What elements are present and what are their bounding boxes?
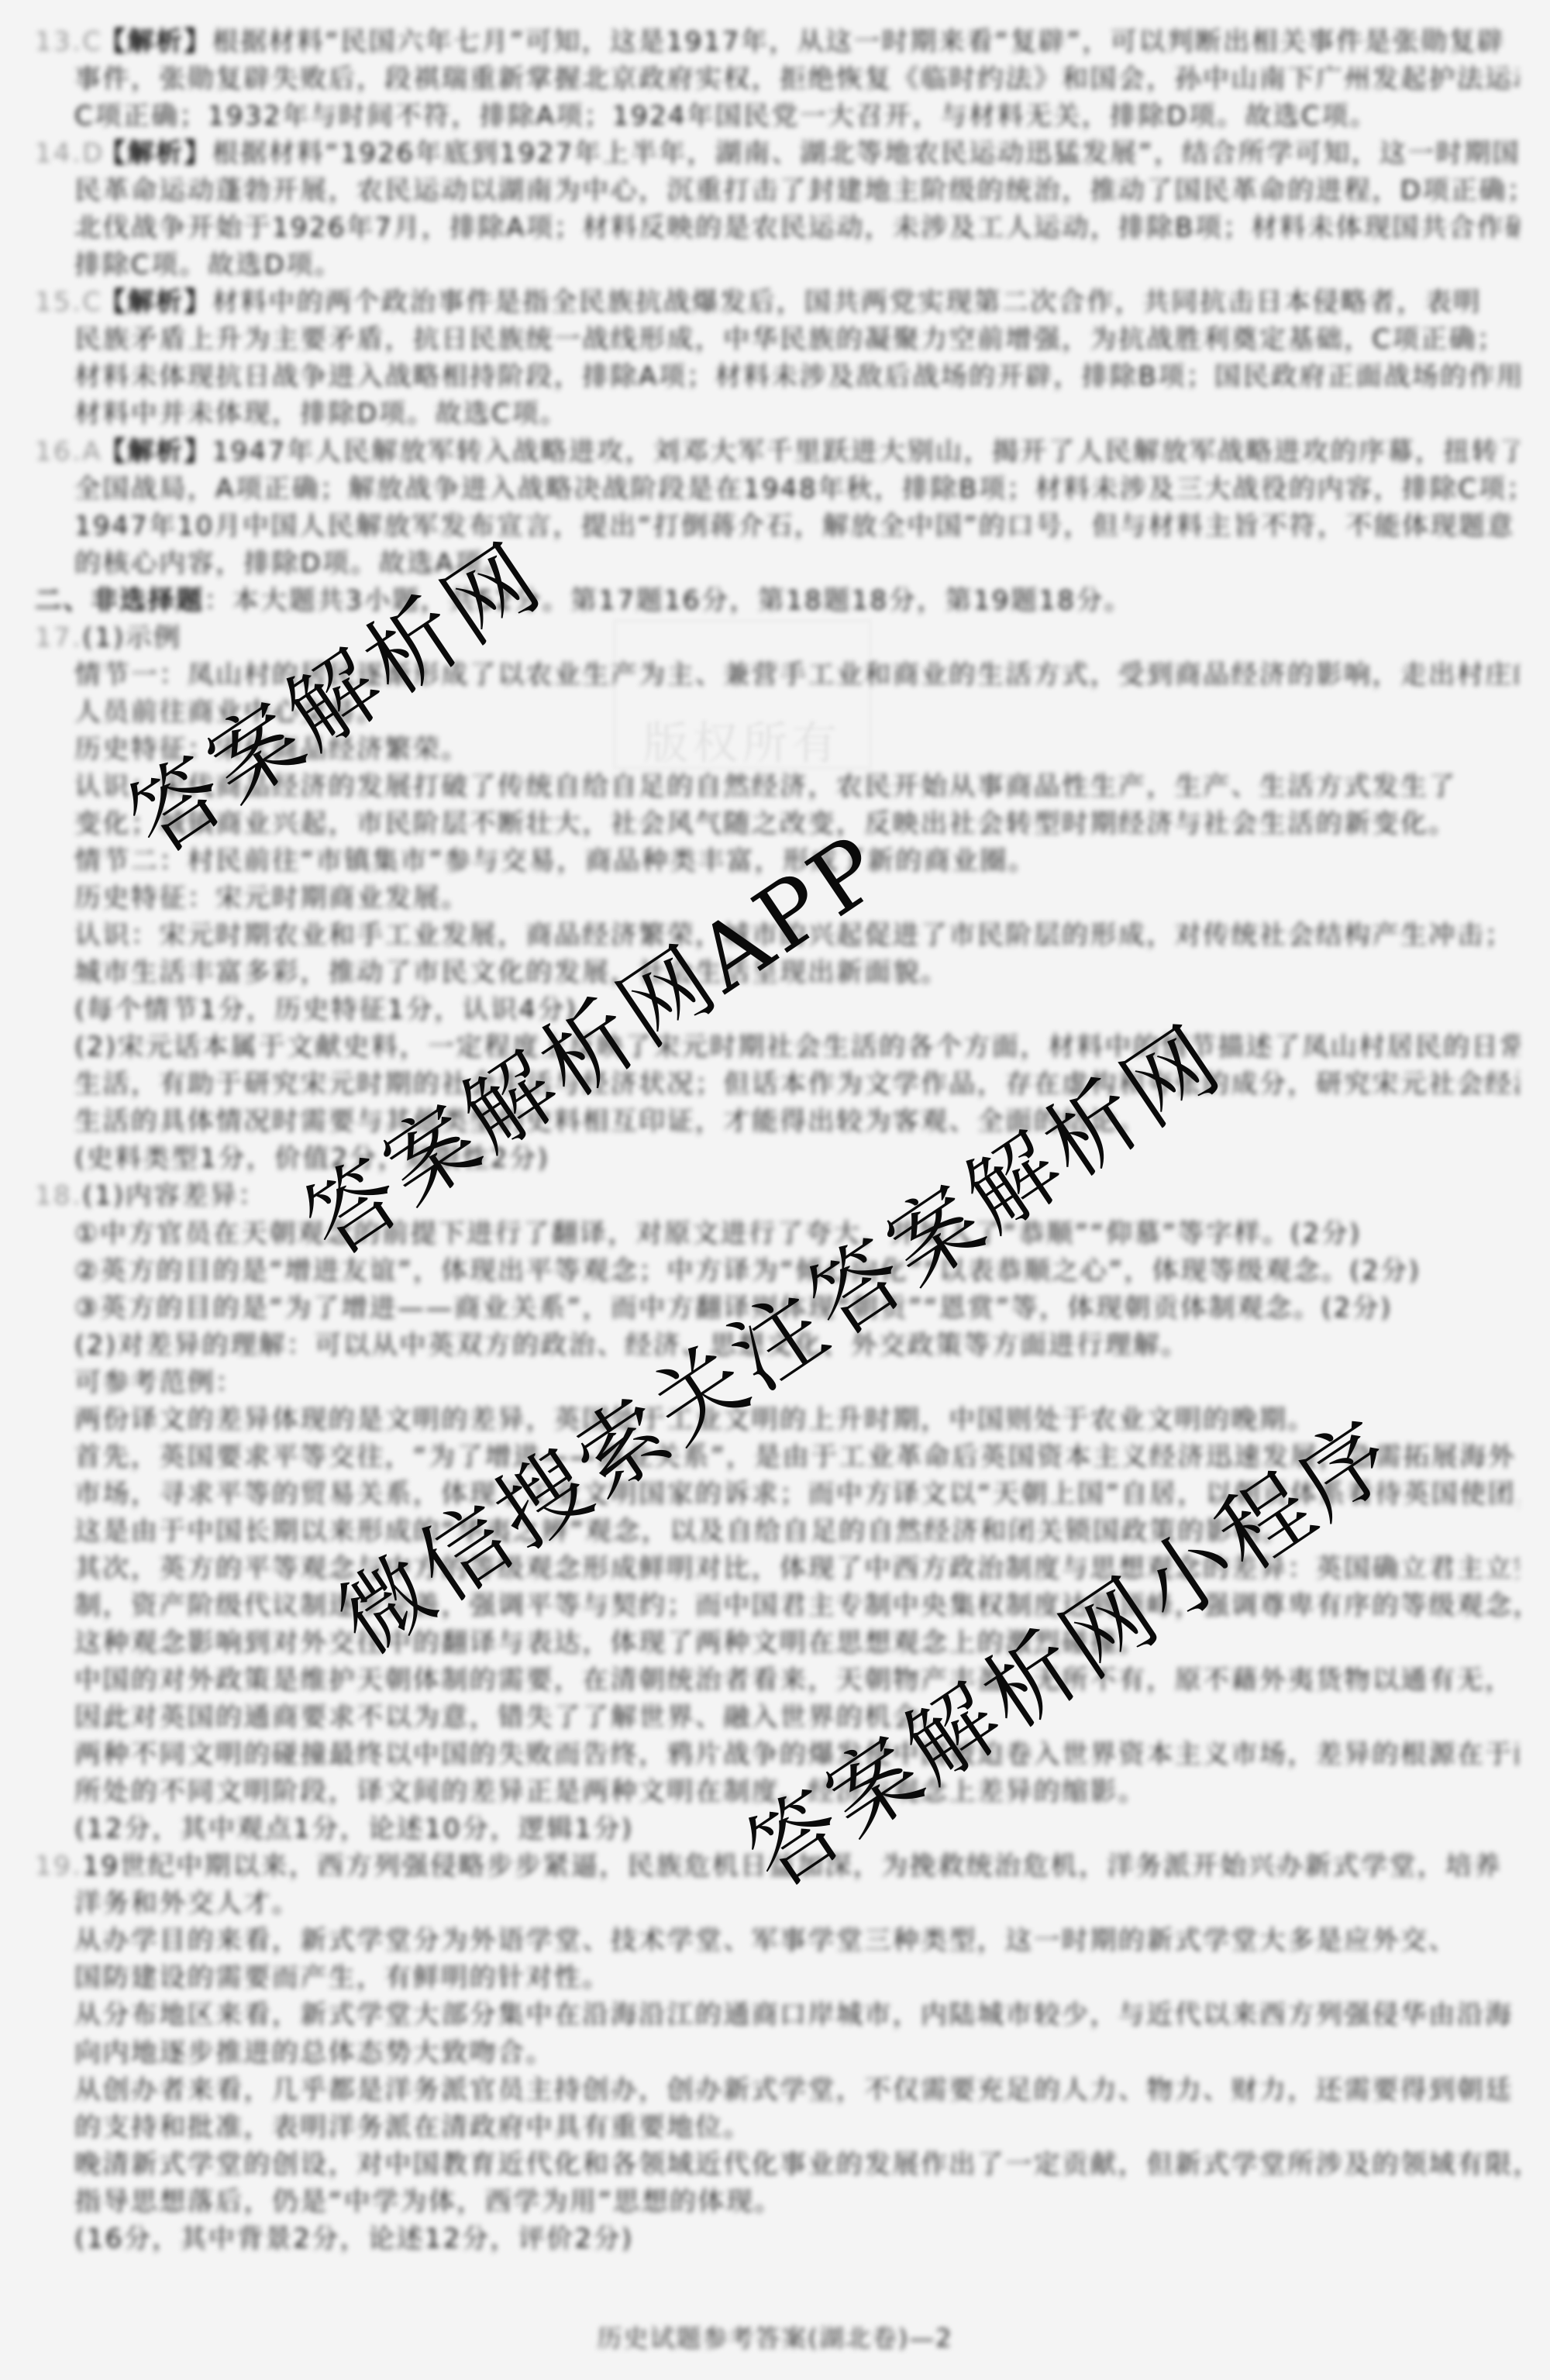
answer-text-line: (2)宋元话本属于文献史料，一定程度上反映了宋元时期社会生活的各个方面，材料中的… [0, 1028, 1519, 1066]
analysis-text-line: 材料未体现抗日战争进入战略相持阶段，排除A项；材料未涉及敌后战场的开辟，排除B项… [0, 358, 1519, 395]
analysis-tag: 【解析】 [99, 436, 212, 467]
page-footer: 历史试题参考答案(湖北卷)—2 [0, 2321, 1550, 2355]
question-number: 19. [35, 1848, 82, 1885]
section-label: 二、非选择题 [35, 585, 204, 616]
question-number: 14.D [35, 135, 99, 172]
section-description: ：本大题共3小题，共52分。第17题16分，第18题18分，第19题18分。 [204, 585, 1132, 616]
question-15-line: 15.C【解析】材料中的两个政治事件是指全民族抗战爆发后，国共两党实现第二次合作… [0, 284, 1519, 321]
question-14-line: 14.D【解析】根据材料“1926年底到1927年上半年，湖南、湖北等地农民运动… [0, 135, 1519, 172]
analysis-text-line: 材料中并未体现，排除D项。故选C项。 [0, 395, 1519, 432]
answer-text-line: 从创办者来看，几乎都是洋务派官员主持创办，创办新式学堂，不仅需要充足的人力、物力… [0, 2072, 1519, 2109]
sub-question-label: (1)示例 [82, 622, 181, 653]
answer-text-line: 国防建设的需要而产生，有鲜明的针对性。 [0, 1959, 1519, 1996]
analysis-text-line: C项正确；1932年与时间不符，排除A项；1924年国民党一大召开，与材料无关，… [0, 98, 1519, 135]
analysis-text: 根据材料“1926年底到1927年上半年，湖南、湖北等地农民运动迅猛发展”，结合… [212, 138, 1519, 169]
answer-text-line: ①中方官员在天朝观念的前提下进行了翻译，对原文进行了夸大，并加入了“恭顺”“仰慕… [0, 1215, 1519, 1252]
answer-text-line: 从分布地区来看，新式学堂大部分集中在沿海沿江的通商口岸城市，内陆城市较少，与近代… [0, 1996, 1519, 2034]
analysis-text-line: 北伐战争开始于1926年7月，排除A项；材料反映的是农民运动，未涉及工人运动，排… [0, 209, 1519, 246]
analysis-text: 1947年人民解放军转入战略进攻，刘邓大军千里跃进大别山，揭开了人民解放军战略进… [212, 436, 1519, 467]
question-18-line: 18.(1)内容差异： [0, 1177, 1519, 1214]
answer-text-line: 两种不同文明的碰撞最终以中国的失败而告终，鸦片战争的爆发使中国被迫卷入世界资本主… [0, 1736, 1519, 1773]
answer-text-line: 中国的对外政策是维护天朝体制的需要，在清朝统治者看来，天朝物产丰盈，无所不有，原… [0, 1662, 1519, 1699]
answer-text-line: 洋务和外交人才。 [0, 1885, 1519, 1922]
question-number: 16.A [35, 433, 99, 470]
answer-text-line: 向内地逐步推进的总体态势大致吻合。 [0, 2034, 1519, 2072]
analysis-text-line: 1947年10月中国人民解放军发布宣言，提出“打倒蒋介石，解放全中国”的口号，但… [0, 508, 1519, 545]
analysis-text-line: 的核心内容，排除D项。故选A项。 [0, 545, 1519, 582]
analysis-text-line: 排除C项。故选D项。 [0, 246, 1519, 284]
scoring-note: (史料类型1分，价值2分，局限性2分) [0, 1140, 1519, 1177]
question-number: 18. [35, 1177, 82, 1214]
analysis-text: 根据材料“民国六年七月”可知，这是1917年，从这一时期来看“复辟”，可以判断出… [212, 26, 1506, 57]
answer-text-line: 这种观念影响到对外交往中的翻译与表达，体现了两种文明在思想观念上的激烈碰撞。 [0, 1624, 1519, 1662]
answer-text-line: 晚清新式学堂的创设，对中国教育近代化和各领域近代化事业的发展作出了一定贡献，但新… [0, 2146, 1519, 2183]
question-17-line: 17.(1)示例 [0, 619, 1519, 656]
answer-text-line: 指导思想落后，仍是“中学为体，西学为用”思想的体现。 [0, 2183, 1519, 2220]
answer-text-line: ②英方的目的是“增进友谊”，体现出平等观念；中方译为“倾心向化”“以表恭顺之心”… [0, 1252, 1519, 1290]
analysis-text-line: 民族矛盾上升为主要矛盾，抗日民族统一战线形成，中华民族的凝聚力空前增强，为抗战胜… [0, 321, 1519, 358]
analysis-text-line: 事件，张勋复辟失败后，段祺瑞重新掌握北京政府实权，拒绝恢复《临时约法》和国会，孙… [0, 60, 1519, 98]
question-number: 17. [35, 619, 82, 656]
answer-text-line: 情节一：凤山村的居民逐渐形成了以农业生产为主、兼营手工业和商业的生活方式，受到商… [0, 656, 1519, 694]
answer-text-line: 制，资产阶级代议制逐步完善，强调平等与契约；而中国君主专制中央集权制度达到顶峰，… [0, 1587, 1519, 1624]
analysis-tag: 【解析】 [99, 287, 212, 318]
scoring-note: (16分，其中背景2分，论述12分，评价2分) [0, 2220, 1519, 2258]
question-13-line: 13.C【解析】根据材料“民国六年七月”可知，这是1917年，从这一时期来看“复… [0, 23, 1519, 60]
answer-text-line: 从办学目的来看，新式学堂分为外语学堂、技术学堂、军事学堂三种类型，这一时期的新式… [0, 1922, 1519, 1959]
analysis-text-line: 全国战局，A项正确；解放战争进入战略决战阶段是在1948年秋，排除B项；材料未涉… [0, 470, 1519, 508]
analysis-text-line: 民革命运动蓬勃开展，农民运动以湖南为中心，沉重打击了封建地主阶级的统治，推动了国… [0, 172, 1519, 209]
question-number: 15.C [35, 284, 99, 321]
answer-text-line: 生活，有助于研究宋元时期的社会生活与经济状况；但话本作为文学作品，存在虚构和夸张… [0, 1066, 1519, 1103]
answer-text-line: 的支持和批准，表明洋务派在清政府中具有重要地位。 [0, 2109, 1519, 2146]
sub-question-label: (1)内容差异： [82, 1180, 266, 1211]
question-number: 13.C [35, 23, 99, 60]
answer-text-line: 因此对英国的通商要求不以为意，错失了了解世界、融入世界的机会。 [0, 1699, 1519, 1736]
question-16-line: 16.A【解析】1947年人民解放军转入战略进攻，刘邓大军千里跃进大别山，揭开了… [0, 433, 1519, 470]
answer-text-line: 生活的具体情况时需要与其他类型的史料相互印证，才能得出较为客观、全面的结论。 [0, 1103, 1519, 1140]
analysis-tag: 【解析】 [99, 26, 212, 57]
analysis-text: 材料中的两个政治事件是指全民族抗战爆发后，国共两党实现第二次合作，共同抗击日本侵… [212, 287, 1482, 318]
analysis-tag: 【解析】 [99, 138, 212, 169]
answer-document: 13.C【解析】根据材料“民国六年七月”可知，这是1917年，从这一时期来看“复… [0, 23, 1550, 2258]
section-heading: 二、非选择题：本大题共3小题，共52分。第17题16分，第18题18分，第19题… [0, 582, 1519, 619]
